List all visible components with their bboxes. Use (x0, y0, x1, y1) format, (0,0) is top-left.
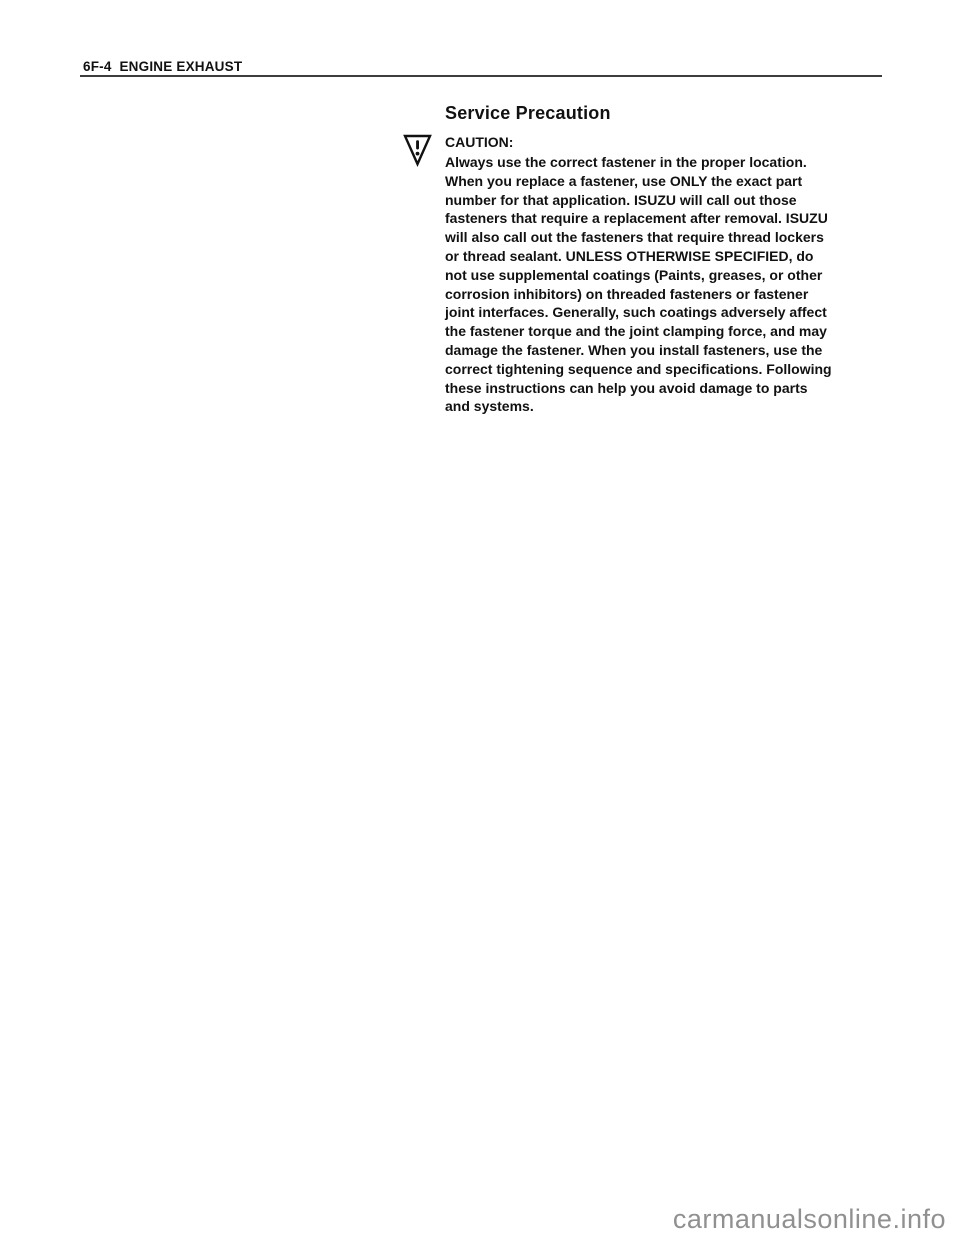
watermark-text: carmanualsonline.info (673, 1204, 946, 1235)
caution-label: CAUTION: (445, 134, 513, 150)
warning-triangle-icon (403, 134, 432, 167)
page-header: 6F-4 ENGINE EXHAUST (83, 59, 242, 74)
header-rule (80, 75, 882, 77)
caution-paragraph: Always use the correct fastener in the p… (445, 153, 832, 416)
manual-page: 6F-4 ENGINE EXHAUST Service Precaution C… (0, 0, 960, 1242)
section-title: Service Precaution (445, 103, 611, 124)
